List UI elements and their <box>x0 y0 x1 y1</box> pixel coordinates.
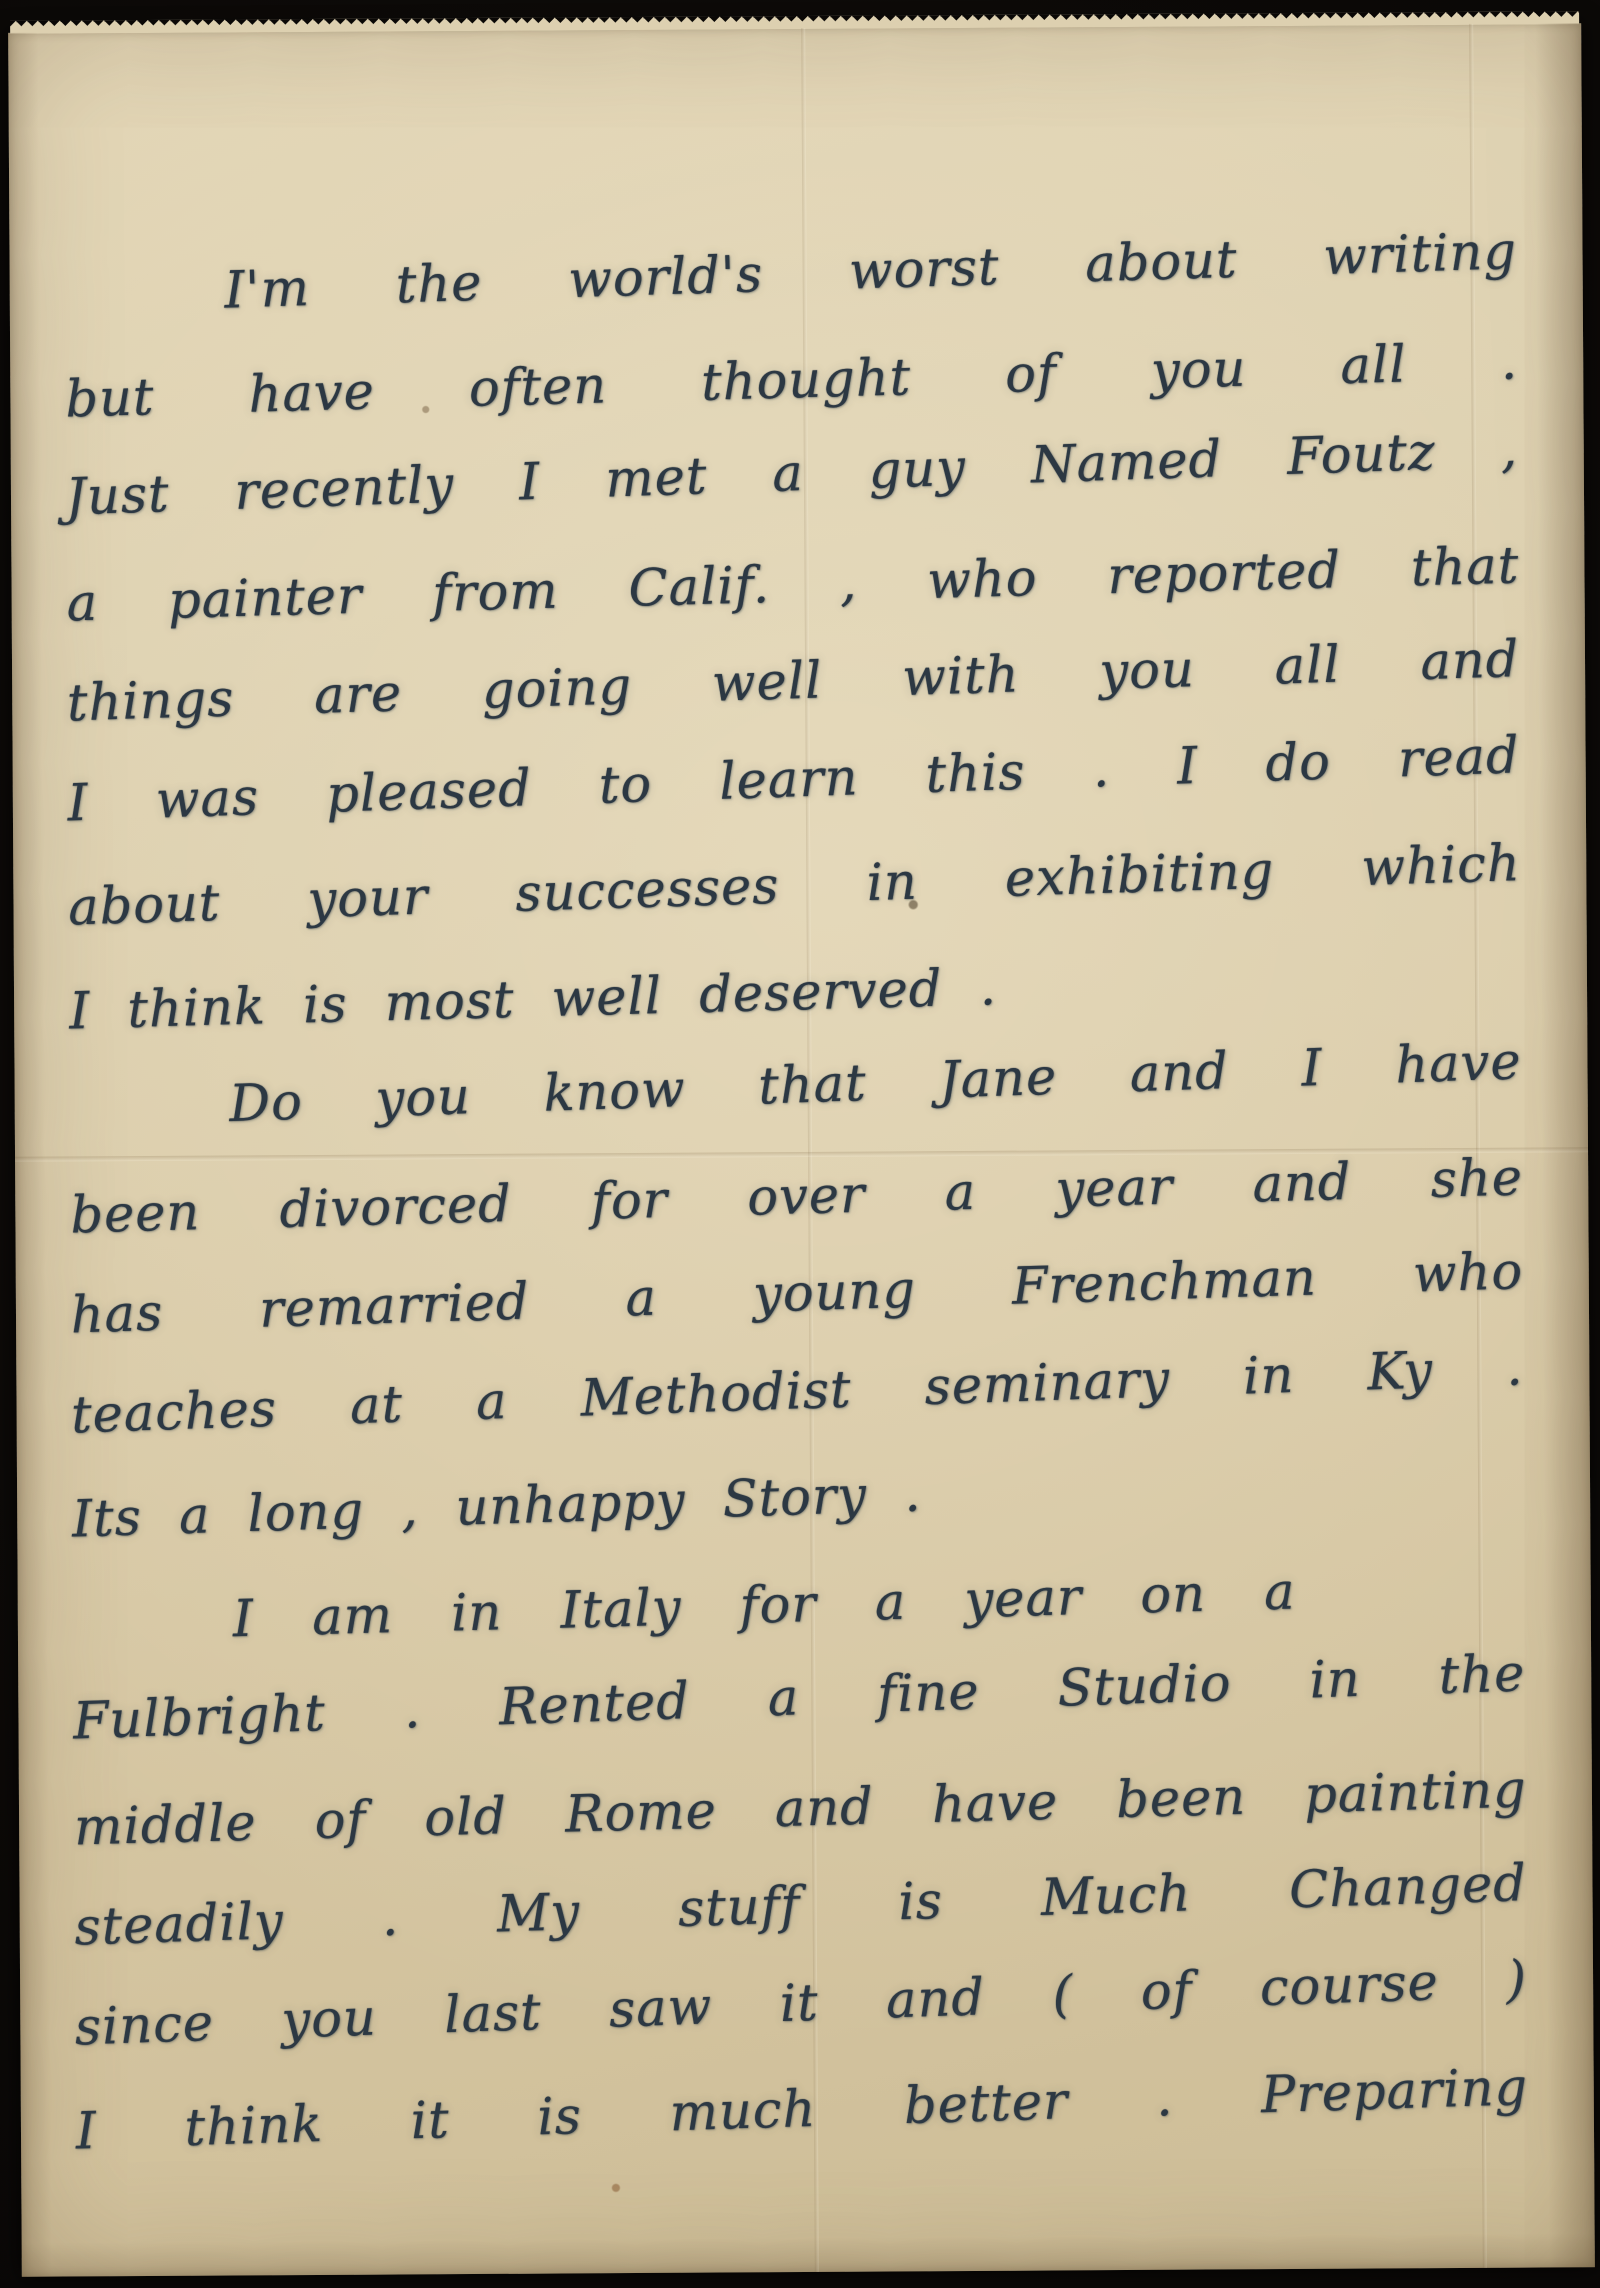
handwritten-letter-body: I'm the world's worst about writing but … <box>8 23 1595 2277</box>
photo-background: I'm the world's worst about writing but … <box>0 0 1600 2288</box>
letter-paper: I'm the world's worst about writing but … <box>8 23 1595 2277</box>
